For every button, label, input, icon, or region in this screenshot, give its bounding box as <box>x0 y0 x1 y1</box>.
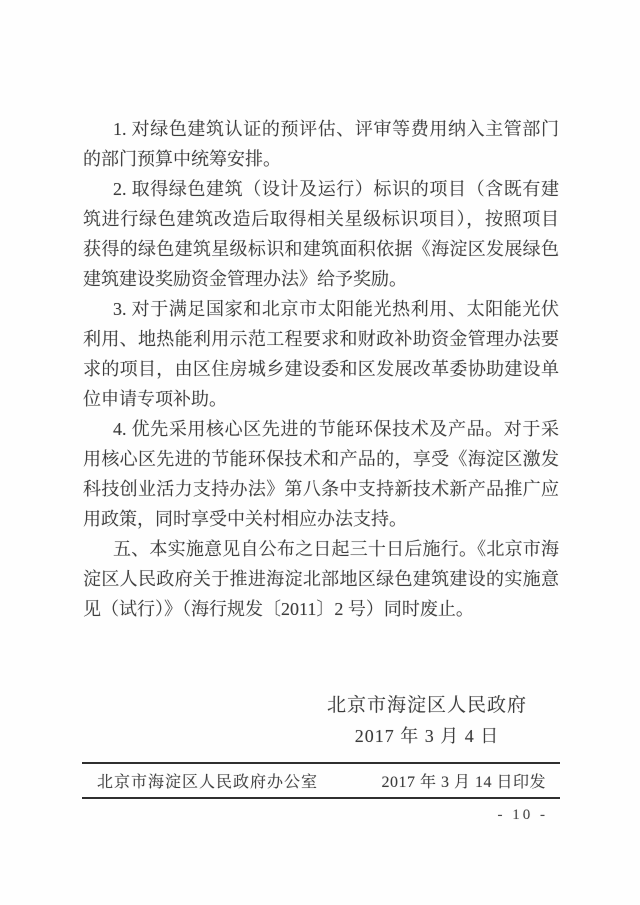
signature-issuer: 北京市海淀区人民政府 <box>295 690 559 721</box>
document-body: 1. 对绿色建筑认证的预评估、评审等费用纳入主管部门的部门预算中统筹安排。 2.… <box>83 114 559 624</box>
footer-bar: 北京市海淀区人民政府办公室 2017 年 3 月 14 日印发 <box>82 762 560 799</box>
document-page: 1. 对绿色建筑认证的预评估、评审等费用纳入主管部门的部门预算中统筹安排。 2.… <box>0 0 640 905</box>
paragraph-3: 3. 对于满足国家和北京市太阳能光热利用、太阳能光伏利用、地热能利用示范工程要求… <box>83 294 559 414</box>
signature-date: 2017 年 3 月 4 日 <box>295 721 559 752</box>
footer-office: 北京市海淀区人民政府办公室 <box>97 769 318 792</box>
paragraph-5: 五、本实施意见自公布之日起三十日后施行。《北京市海淀区人民政府关于推进海淀北部地… <box>83 534 559 624</box>
paragraph-2: 2. 取得绿色建筑（设计及运行）标识的项目（含既有建筑进行绿色建筑改造后取得相关… <box>83 174 559 294</box>
signature-block: 北京市海淀区人民政府 2017 年 3 月 4 日 <box>295 690 559 752</box>
paragraph-1: 1. 对绿色建筑认证的预评估、评审等费用纳入主管部门的部门预算中统筹安排。 <box>83 114 559 174</box>
footer-print-date: 2017 年 3 月 14 日印发 <box>381 769 546 792</box>
page-number: - 10 - <box>498 807 549 824</box>
paragraph-4: 4. 优先采用核心区先进的节能环保技术及产品。对于采用核心区先进的节能环保技术和… <box>83 414 559 534</box>
